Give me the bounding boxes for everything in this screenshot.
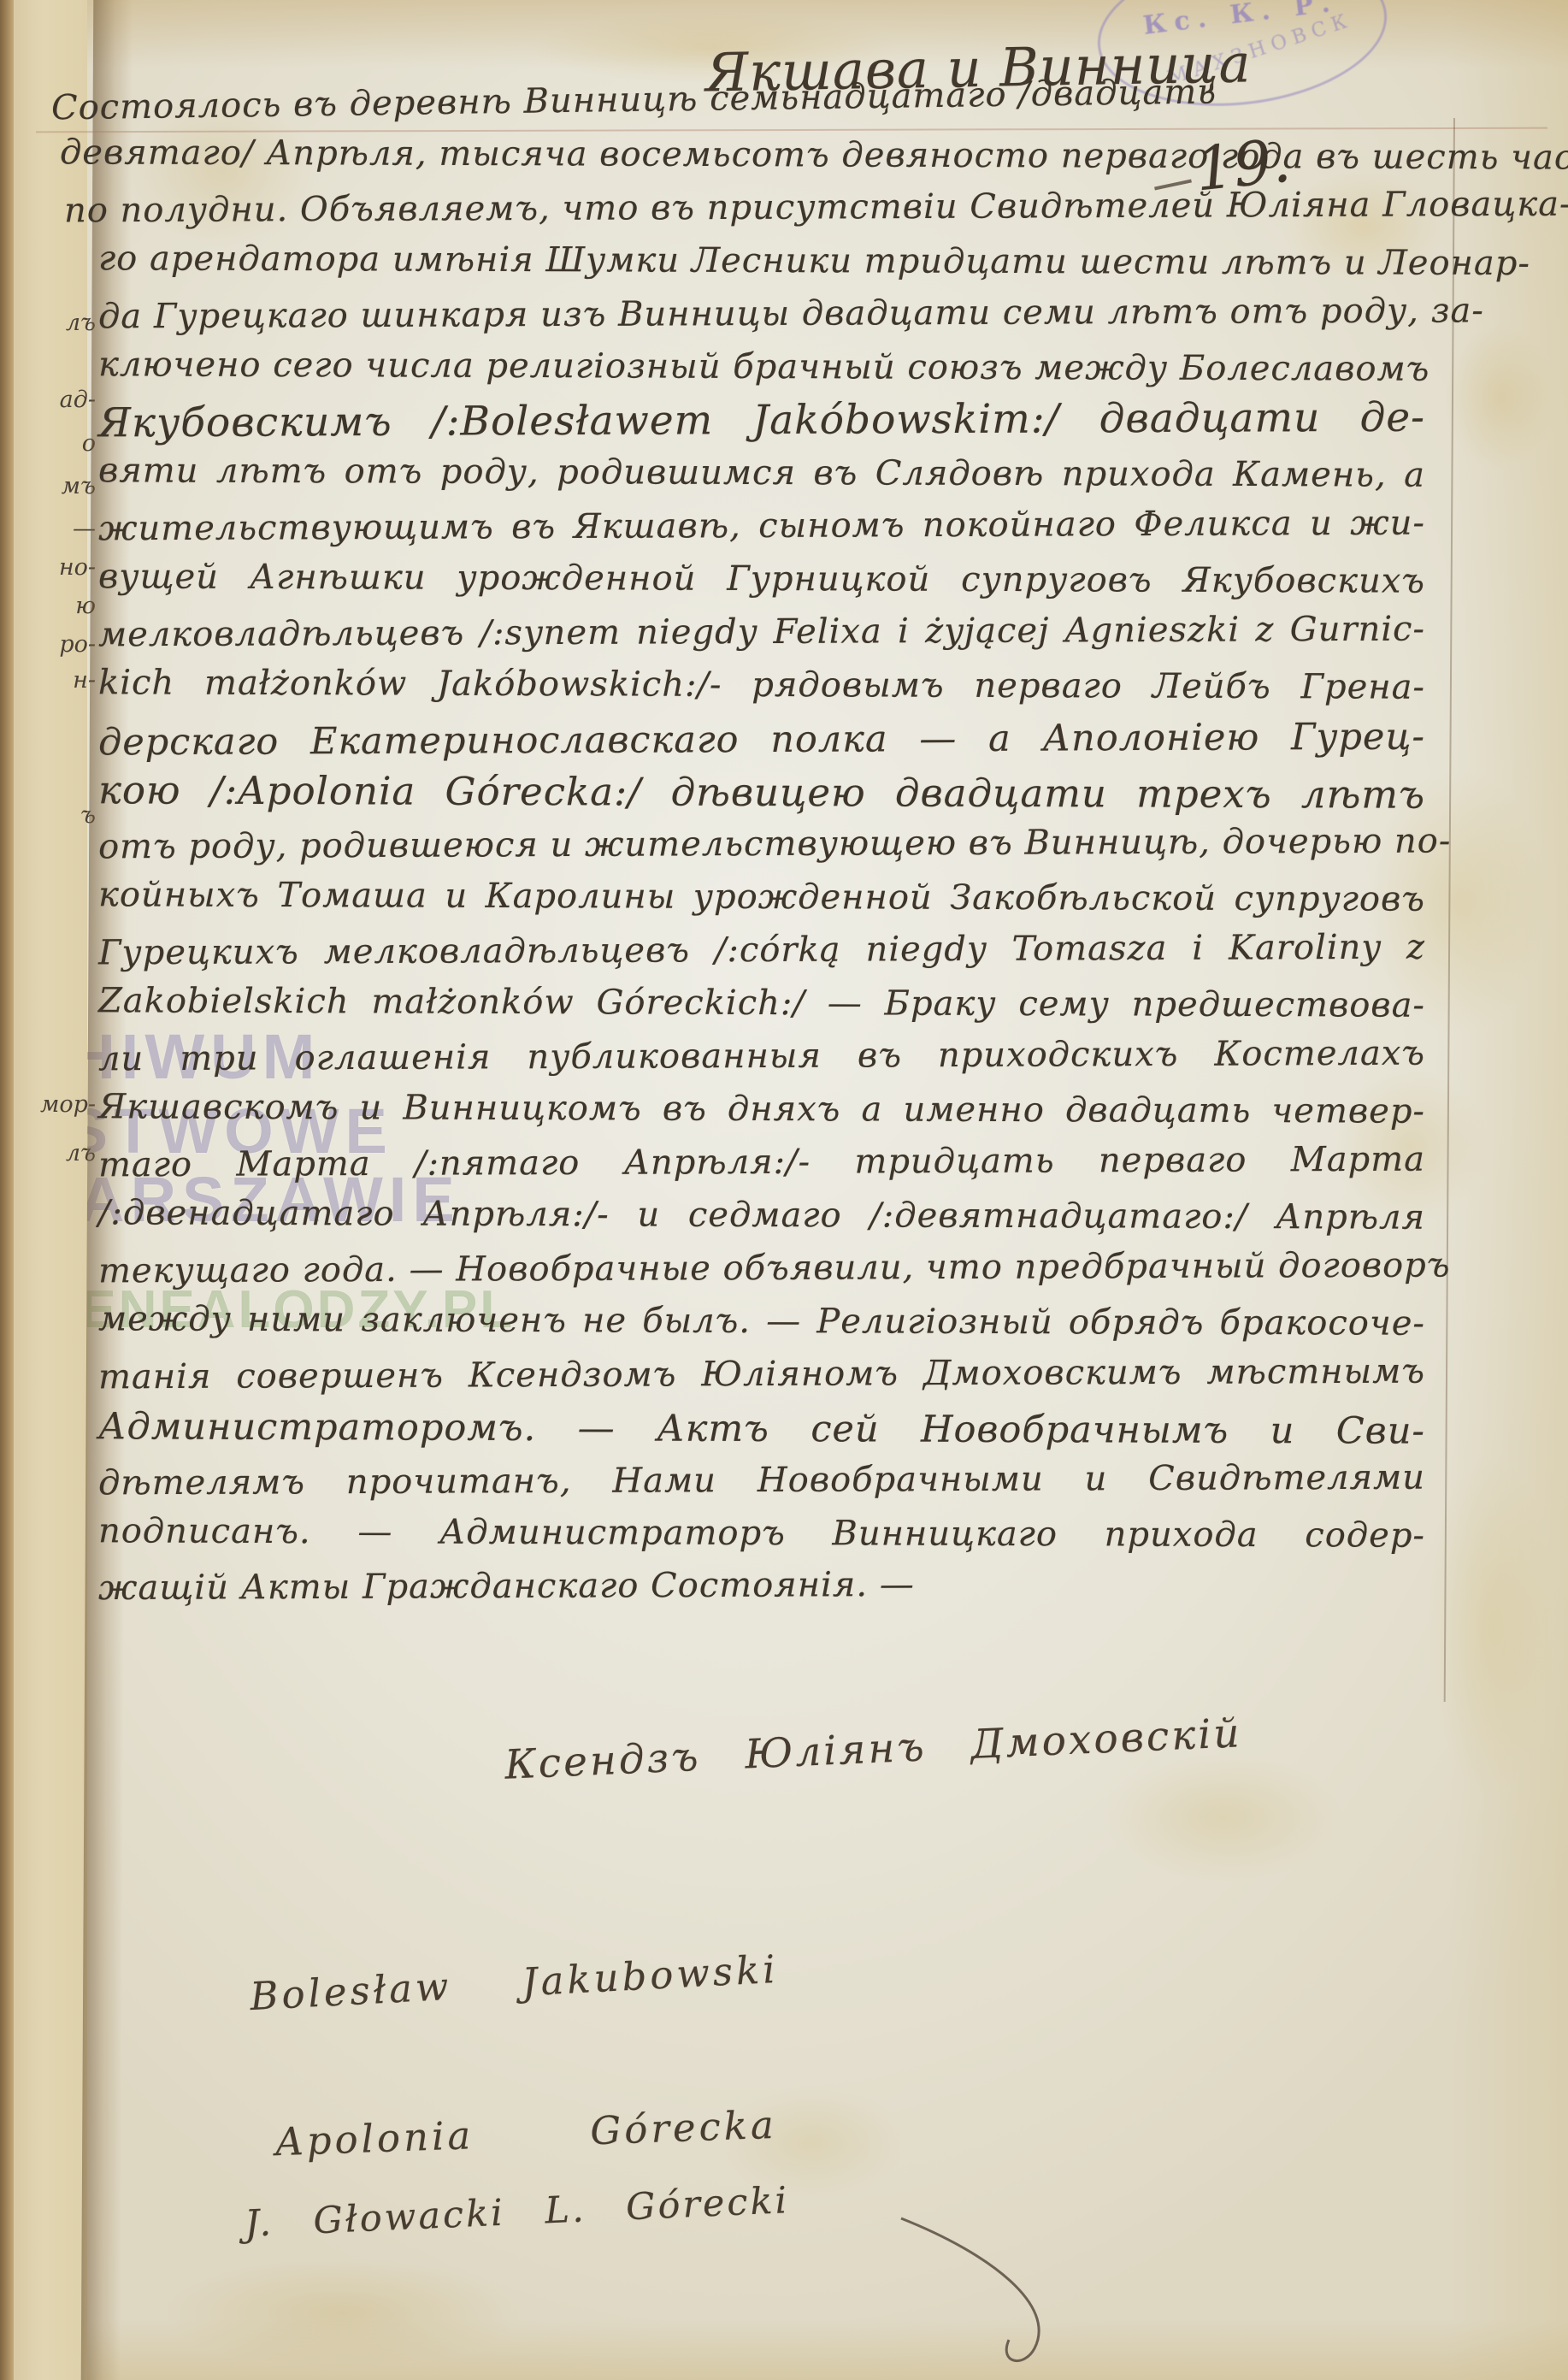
record-line: таго Марта /:пятаго Апрѣля:/- тридцать п… (98, 1140, 1425, 1185)
foxing-stain (1103, 1753, 1342, 1881)
edge-text-fragment: ро- (31, 631, 96, 658)
record-line: Якубовскимъ /:Bolesławem Jakóbowskim:/ д… (98, 394, 1425, 447)
signature-groom: Bolesław Jakubowski (249, 1946, 780, 2019)
edge-text-fragment: ю (31, 593, 96, 619)
foxing-stain (1428, 1454, 1556, 1796)
record-line: жащій Акты Гражданскаго Состоянія. — (98, 1565, 915, 1608)
record-line: Администраторомъ. — Актъ сей Новобрачным… (98, 1405, 1425, 1452)
edge-text-fragment: н- (31, 667, 96, 694)
record-line: подписанъ. — Администраторъ Винницкаго п… (98, 1511, 1425, 1555)
document-page: ARCHIWUM PAŃSTWOWE W WARSZAWIE A.GENEALO… (0, 0, 1568, 2380)
record-line: Состоялось въ деревнѣ Винницѣ семьнадцат… (51, 76, 963, 128)
edge-text-fragment: мор- (31, 1091, 96, 1118)
record-line: текущаго года. — Новобрачные объявили, ч… (98, 1246, 1425, 1291)
signature-bride: Apolonia Górecka (274, 2102, 777, 2164)
record-line: дѣтелямъ прочитанъ, Нами Новобрачными и … (98, 1458, 1425, 1503)
edge-text-fragment: ъ (31, 802, 96, 829)
edge-text-fragment: — (31, 516, 96, 542)
edge-text-fragment: лъ (31, 310, 96, 336)
record-line: го арендатора имѣнія Шумки Лесники тридц… (98, 239, 1425, 282)
foxing-stain (162, 2258, 522, 2369)
edge-text-fragment: лъ (31, 1140, 96, 1166)
record-line: kich małżonków Jakóbowskich:/- рядовымъ … (98, 663, 1425, 706)
foxing-stain (1445, 325, 1556, 470)
page-stack-edge (0, 0, 14, 2380)
edge-text-fragment: мъ (31, 473, 96, 499)
record-line: да Гурецкаго шинкаря изъ Винницы двадцат… (98, 292, 1425, 337)
record-line: ли три оглашенія публикованныя въ приход… (98, 1034, 1425, 1079)
record-line: /:двенадцатаго Апрѣля:/- и седмаго /:дев… (98, 1193, 1425, 1237)
record-line: ключено сего числа религіозный брачный с… (98, 345, 1425, 388)
signature-officiant: Ксендзъ Юліянъ Дмоховскій (504, 1710, 1242, 1789)
record-line: койныхъ Томаша и Каролины урожденной Зак… (98, 875, 1425, 918)
record-line: вущей Агнѣшки урожденной Гурницкой супру… (98, 557, 1425, 600)
previous-page-edge: лъ ад- о мъ — но- ю ро- н- ъ мор- лъ (14, 0, 87, 2380)
record-line: между ними заключенъ не былъ. — Религіоз… (98, 1299, 1425, 1343)
record-line: дерскаго Екатеринославскаго полка — а Ап… (98, 716, 1425, 765)
record-line: вяти лѣтъ отъ роду, родившимся въ Слядов… (98, 451, 1425, 494)
record-line: кою /:Apolonia Górecka:/ дѣвицею двадцат… (98, 767, 1425, 817)
signature-witnesses: J. Głowacki L. Górecki (244, 2179, 790, 2246)
record-line: Якшавскомъ и Винницкомъ въ дняхъ а именн… (98, 1087, 1425, 1131)
record-line: Гурецкихъ мелковладѣльцевъ /:córką niegd… (98, 928, 1425, 973)
edge-text-fragment: но- (31, 554, 96, 581)
record-line: девятаго/ Апрѣля, тысяча восемьсотъ девя… (60, 133, 1381, 176)
signature-flourish (889, 2212, 1129, 2374)
record-line: танія совершенъ Ксендзомъ Юліяномъ Дмохо… (98, 1352, 1425, 1397)
horizontal-guideline (36, 127, 1547, 133)
record-line: мелковладѣльцевъ /:synem niegdy Felixa i… (98, 610, 1425, 655)
record-line: отъ роду, родившеюся и жительствующею въ… (98, 822, 1425, 867)
record-line: по полудни. Объявляемъ, что въ присутств… (64, 186, 1381, 231)
edge-text-fragment: ад- (31, 387, 96, 413)
edge-text-fragment: о (31, 430, 96, 457)
margin-rule (1444, 118, 1455, 1702)
record-line: Zakobielskich małżonków Góreckich:/ — Бр… (98, 981, 1425, 1025)
record-line: жительствующимъ въ Якшавѣ, сыномъ покойн… (98, 504, 1425, 549)
